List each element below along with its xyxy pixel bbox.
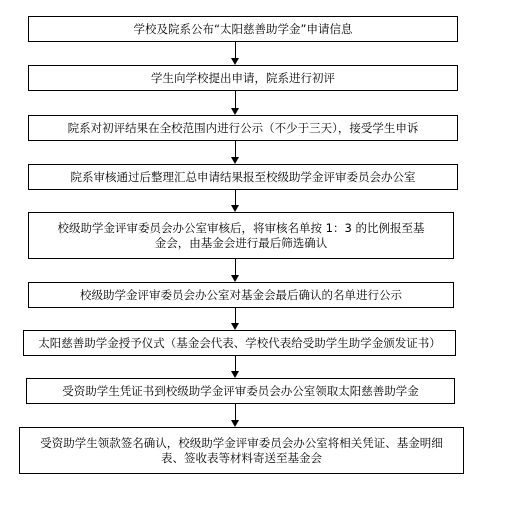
flow-step-2: 学生向学校提出申请，院系进行初评 [28,65,458,91]
arrow-down-icon [231,356,241,378]
flow-step-9: 受资助学生领款签名确认，校级助学金评审委员会办公室将相关凭证、基金明细表、签收表… [19,427,464,474]
arrow-down-icon [231,91,241,115]
flow-step-2-text: 学生向学校提出申请，院系进行初评 [151,71,335,86]
arrow-down-icon [231,259,241,282]
flow-step-9-text: 受资助学生领款签名确认，校级助学金评审委员会办公室将相关凭证、基金明细表、签收表… [30,436,453,466]
flow-step-6-text: 校级助学金评审委员会办公室对基金会最后确认的名单进行公示 [80,288,402,303]
flow-step-4-text: 院系审核通过后整理汇总申请结果报至校级助学金评审委员会办公室 [71,170,416,185]
flow-step-3-text: 院系对初评结果在全校范围内进行公示（不少于三天），接受学生申诉 [68,121,419,136]
arrow-down-icon [231,308,241,330]
flow-step-1: 学校及院系公布“太阳慈善助学金”申请信息 [28,16,458,42]
flow-step-4: 院系审核通过后整理汇总申请结果报至校级助学金评审委员会办公室 [28,164,458,190]
flow-step-1-text: 学校及院系公布“太阳慈善助学金”申请信息 [134,22,353,37]
flow-step-5-text: 校级助学金评审委员会办公室审核后，将审核名单按 1：3 的比例报至基金会，由基金… [57,221,425,251]
flow-step-8: 受资助学生凭证书到校级助学金评审委员会办公室领取太阳慈善助学金 [26,378,455,404]
arrow-down-icon [231,190,241,212]
flow-step-7-text: 太阳慈善助学金授予仪式（基金会代表、学校代表给受助学生助学金颁发证书） [38,336,441,351]
flow-step-8-text: 受资助学生凭证书到校级助学金评审委员会办公室领取太阳慈善助学金 [62,384,419,399]
flow-step-5: 校级助学金评审委员会办公室审核后，将审核名单按 1：3 的比例报至基金会，由基金… [28,212,454,259]
flow-step-3: 院系对初评结果在全校范围内进行公示（不少于三天），接受学生申诉 [28,115,458,141]
arrow-down-icon [231,42,241,65]
flow-step-6: 校级助学金评审委员会办公室对基金会最后确认的名单进行公示 [28,282,454,308]
flow-step-7: 太阳慈善助学金授予仪式（基金会代表、学校代表给受助学生助学金颁发证书） [23,330,456,356]
arrow-down-icon [231,404,241,427]
arrow-down-icon [231,141,241,164]
